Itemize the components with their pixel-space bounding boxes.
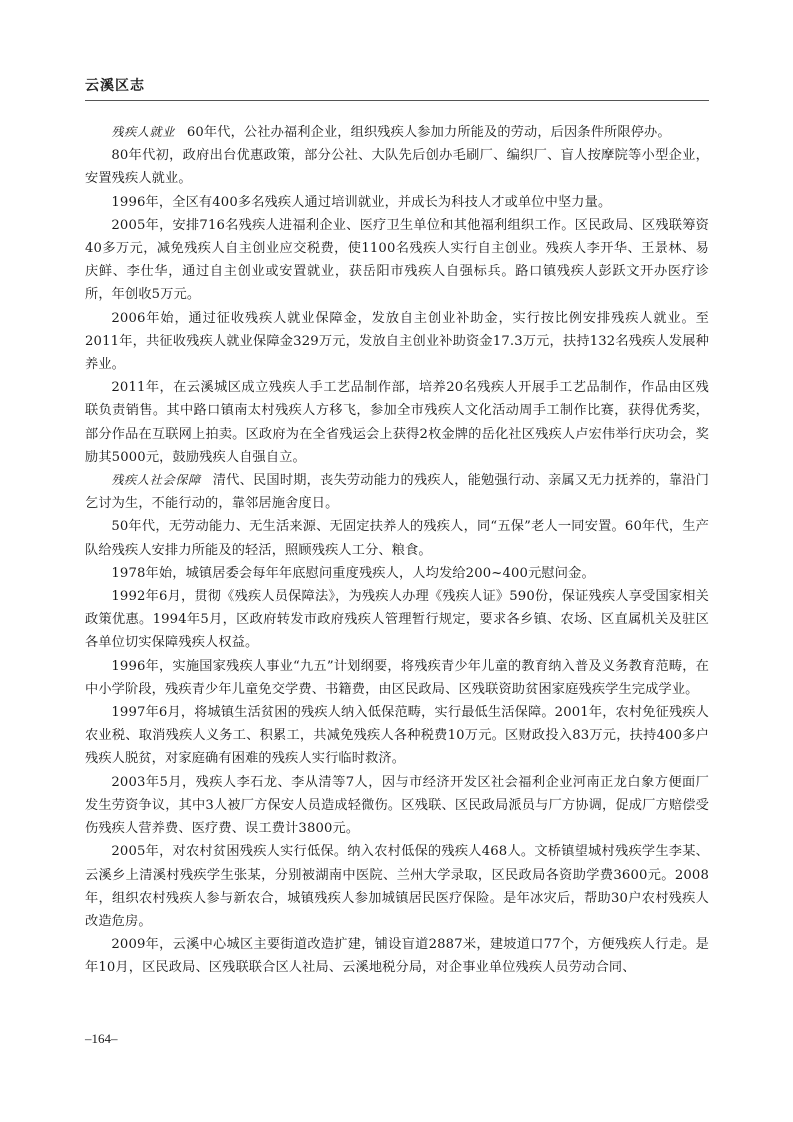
paragraph: 2003年5月，残疾人李石龙、李从清等7人，因与市经济开发区社会福利企业河南正龙… (85, 771, 709, 841)
paragraph: 2011年，在云溪城区成立残疾人手工艺品制作部，培养20名残疾人开展手工艺品制作… (85, 376, 709, 469)
paragraph: 50年代，无劳动能力、无生活来源、无固定扶养人的残疾人，同“五保”老人一同安置。… (85, 515, 709, 561)
paragraph: 2005年，对农村贫困残疾人实行低保。纳入农村低保的残疾人468人。文桥镇望城村… (85, 840, 709, 933)
paragraph: 1992年6月，贯彻《残疾人员保障法》，为残疾人办理《残疾人证》590份，保证残… (85, 585, 709, 655)
paragraph: 1997年6月，将城镇生活贫困的残疾人纳入低保范畴，实行最低生活保障。2001年… (85, 701, 709, 771)
paragraph: 2005年，安排716名残疾人进福利企业、医疗卫生单位和其他福利组织工作。区民政… (85, 214, 709, 307)
header-rule (85, 100, 709, 101)
paragraph: 残疾人社会保障清代、民国时期，丧失劳动能力的残疾人，能勉强行动、亲属又无力抚养的… (85, 469, 709, 515)
section-subhead-employment: 残疾人就业 (111, 125, 174, 139)
body-text: 残疾人就业60年代，公社办福利企业，组织残疾人参加力所能及的劳动，后因条件所限停… (85, 121, 709, 980)
paragraph: 2006年始，通过征收残疾人就业保障金，发放自主创业补助金，实行按比例安排残疾人… (85, 307, 709, 377)
page-number: –164– (85, 1031, 118, 1047)
paragraph: 2009年，云溪中心城区主要街道改造扩建，铺设盲道2887米，建坡道口77个，方… (85, 933, 709, 979)
paragraph-text: 60年代，公社办福利企业，组织残疾人参加力所能及的劳动，后因条件所限停办。 (187, 125, 671, 140)
paragraph: 残疾人就业60年代，公社办福利企业，组织残疾人参加力所能及的劳动，后因条件所限停… (85, 121, 709, 144)
running-title: 云溪区志 (85, 75, 145, 95)
paragraph: 1996年，实施国家残疾人事业“九五”计划纲要，将残疾青少年儿童的教育纳入普及义… (85, 655, 709, 701)
paragraph: 1996年，全区有400多名残疾人通过培训就业，并成长为科技人才或单位中坚力量。 (85, 191, 709, 214)
section-subhead-social-security: 残疾人社会保障 (111, 473, 200, 487)
paragraph: 80年代初，政府出台优惠政策，部分公社、大队先后创办毛刷厂、编织厂、盲人按摩院等… (85, 144, 709, 190)
paragraph: 1978年始，城镇居委会每年年底慰问重度残疾人，人均发给200~400元慰问金。 (85, 562, 709, 585)
